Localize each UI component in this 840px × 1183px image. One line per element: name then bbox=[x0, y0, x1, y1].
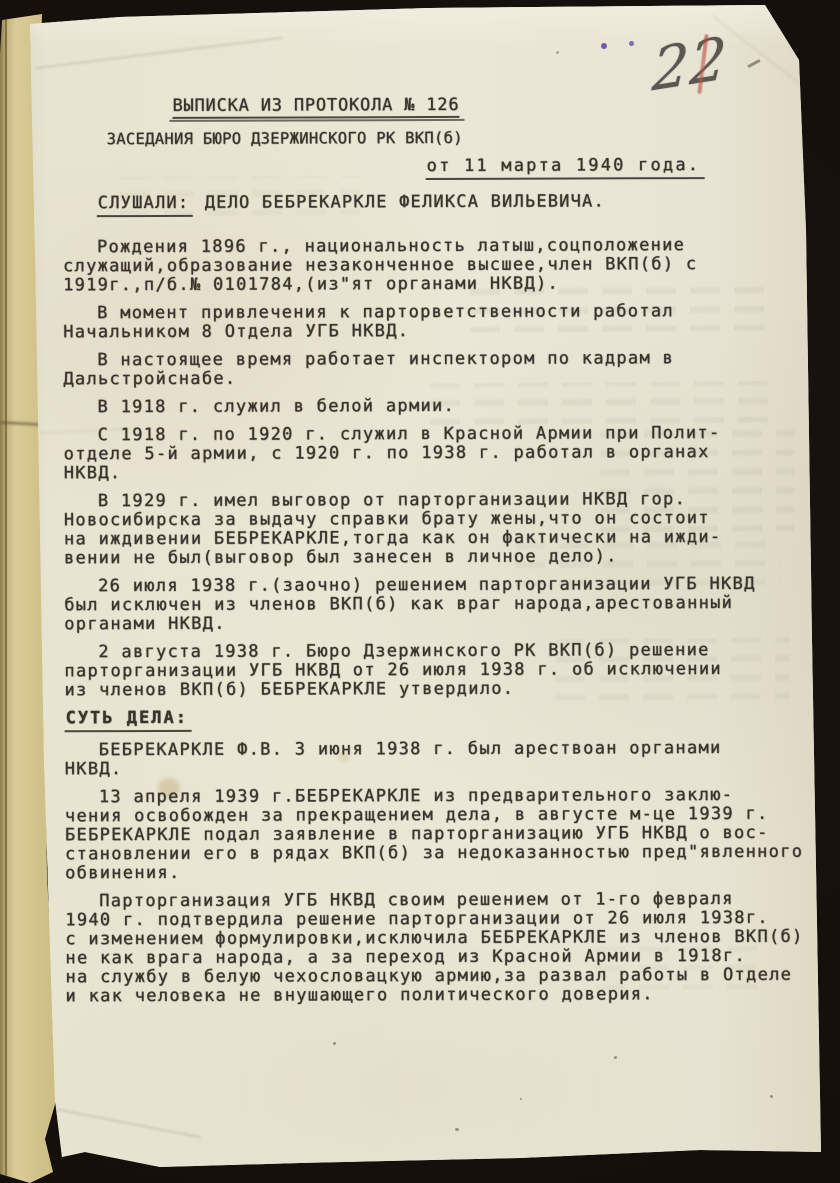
case-paragraph: Парторганизация УГБ НКВД своим решением … bbox=[65, 890, 811, 1007]
body-paragraph: В 1929 г. имел выговор от парторганизаци… bbox=[64, 490, 810, 569]
body-paragraph: С 1918 г. по 1920 г. служил в Красной Ар… bbox=[64, 424, 810, 484]
document-date: от 11 марта 1940 года. bbox=[426, 156, 809, 176]
document-subtitle: ЗАСЕДАНИЯ БЮРО ДЗЕРЖИНСКОГО РК ВКП(б) bbox=[107, 128, 809, 149]
agenda-label: СЛУШАЛИ: bbox=[97, 193, 194, 217]
case-paragraph: 13 апреля 1939 г.БЕБРЕКАРКЛЕ из предвари… bbox=[65, 786, 811, 884]
paper-speck bbox=[770, 1095, 773, 1098]
violet-ink-dot bbox=[629, 41, 634, 46]
typewritten-content: ВЫПИСКА ИЗ ПРОТОКОЛА № 126 ЗАСЕДАНИЯ БЮР… bbox=[62, 95, 811, 1016]
pencil-tick-mark bbox=[747, 59, 761, 68]
violet-ink-dot bbox=[601, 43, 607, 49]
paper-speck bbox=[333, 1042, 336, 1045]
body-paragraph: В момент привлечения к парторветственнос… bbox=[63, 302, 809, 343]
pencil-dot bbox=[556, 51, 559, 54]
document-title: ВЫПИСКА ИЗ ПРОТОКОЛА № 126 bbox=[172, 95, 808, 116]
handwritten-page-number: 22 bbox=[651, 23, 730, 104]
paper-speck bbox=[614, 1056, 617, 1059]
agenda-line: СЛУШАЛИ: ДЕЛО БЕБРЕКАРКЛЕ ФЕЛИКСА ВИЛЬЕВ… bbox=[97, 192, 809, 213]
body-paragraph: Рождения 1896 г., национальность латыш,с… bbox=[63, 236, 809, 296]
case-paragraph: БЕБРЕКАРКЛЕ Ф.В. 3 июня 1938 г. был арес… bbox=[65, 739, 811, 780]
body-paragraph: 2 августа 1938 г. Бюро Дзержинского РК В… bbox=[64, 641, 810, 701]
scan-background: 22 ВЫПИСКА ИЗ ПРОТОКОЛА № 126 ЗАСЕДАНИЯ … bbox=[0, 0, 840, 1183]
paper-speck bbox=[455, 1128, 459, 1131]
body-paragraph: В настоящее время работает инспектором п… bbox=[63, 349, 809, 390]
agenda-text: ДЕЛО БЕБРЕКАРКЛЕ ФЕЛИКСА ВИЛЬЕВИЧА. bbox=[193, 191, 605, 212]
paper-crease bbox=[35, 37, 283, 69]
case-section-heading: СУТЬ ДЕЛА: bbox=[65, 707, 811, 729]
body-paragraph: 26 июля 1938 г.(заочно) решением парторг… bbox=[64, 575, 810, 635]
body-paragraph: В 1918 г. служил в белой армии. bbox=[63, 396, 809, 418]
paper-speck bbox=[520, 1098, 522, 1100]
document-page: 22 ВЫПИСКА ИЗ ПРОТОКОЛА № 126 ЗАСЕДАНИЯ … bbox=[0, 0, 840, 1183]
paper-crease bbox=[53, 1108, 201, 1139]
